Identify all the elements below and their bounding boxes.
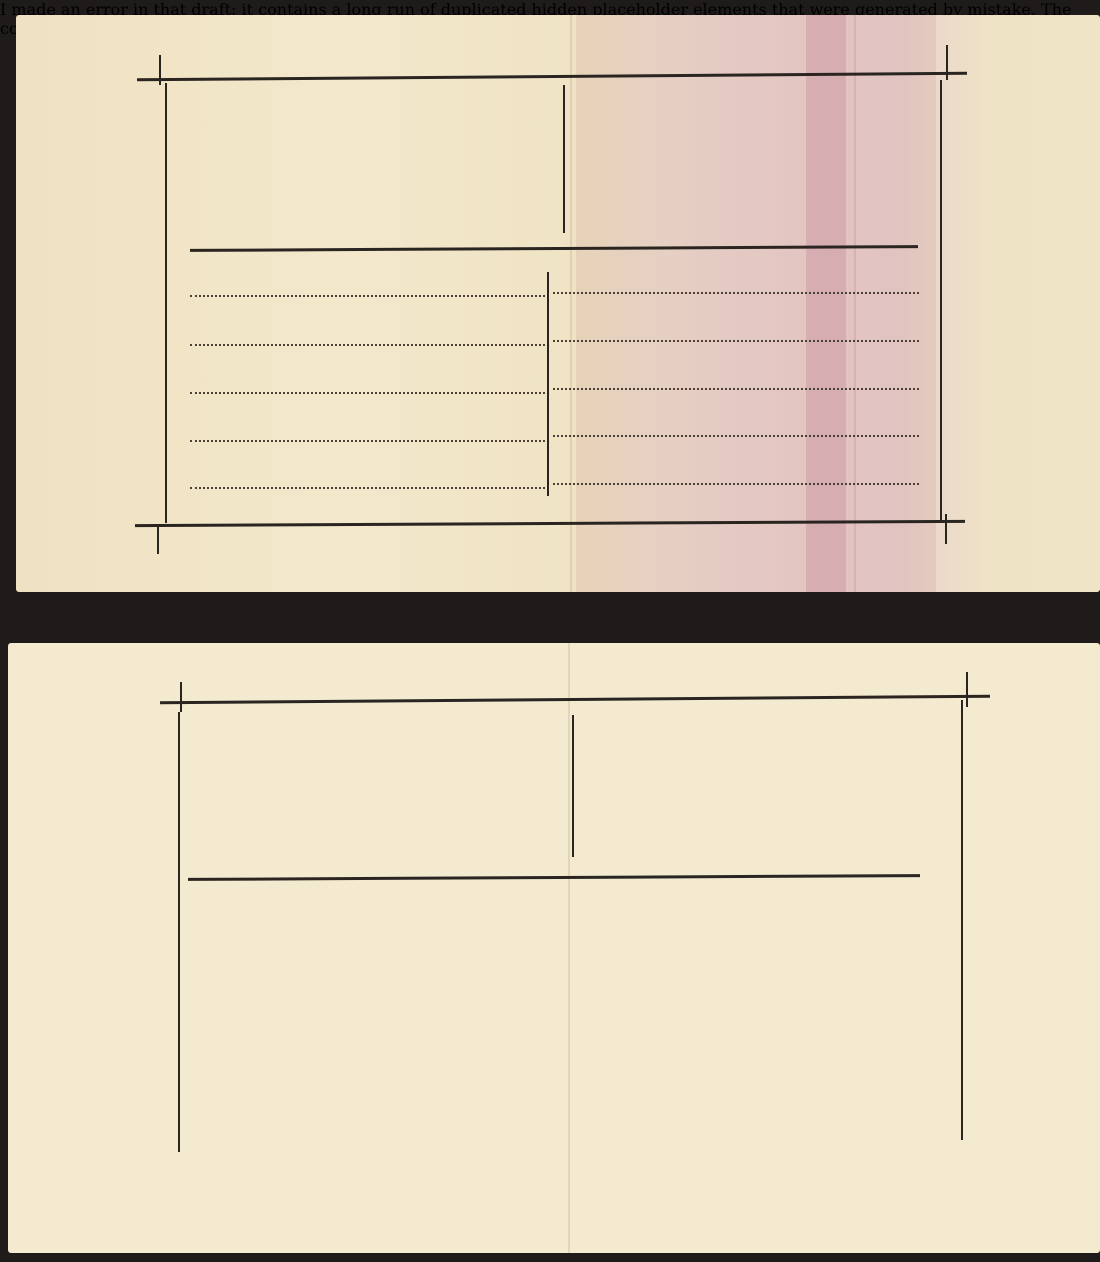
blank-line <box>553 483 919 485</box>
blank-line <box>190 295 545 297</box>
frame-corner-tick <box>946 45 948 80</box>
frame-right-border <box>940 80 942 520</box>
column-divider <box>572 715 574 857</box>
blank-line <box>190 392 545 394</box>
blank-line <box>553 435 919 437</box>
blank-line <box>190 487 545 489</box>
frame-right-border <box>961 700 963 1140</box>
blank-line <box>190 344 545 346</box>
blank-line <box>553 340 919 342</box>
frame-corner-tick <box>945 514 947 544</box>
frame-left-border <box>178 712 180 1152</box>
frame-left-border <box>165 83 167 523</box>
stain <box>576 15 936 592</box>
fold-crease <box>568 643 570 1253</box>
frame-corner-tick <box>157 526 159 554</box>
frame-corner-tick <box>966 672 968 707</box>
fold-crease <box>570 15 572 592</box>
bottom-document-sheet <box>8 643 1100 1253</box>
blank-line <box>553 388 919 390</box>
frame-corner-tick <box>180 682 182 712</box>
frame-corner-tick <box>159 55 161 85</box>
table-divider <box>547 272 549 496</box>
blank-line <box>190 440 545 442</box>
top-document-sheet <box>16 15 1100 592</box>
stain <box>806 15 846 592</box>
column-divider <box>563 85 565 233</box>
blank-line <box>553 292 919 294</box>
